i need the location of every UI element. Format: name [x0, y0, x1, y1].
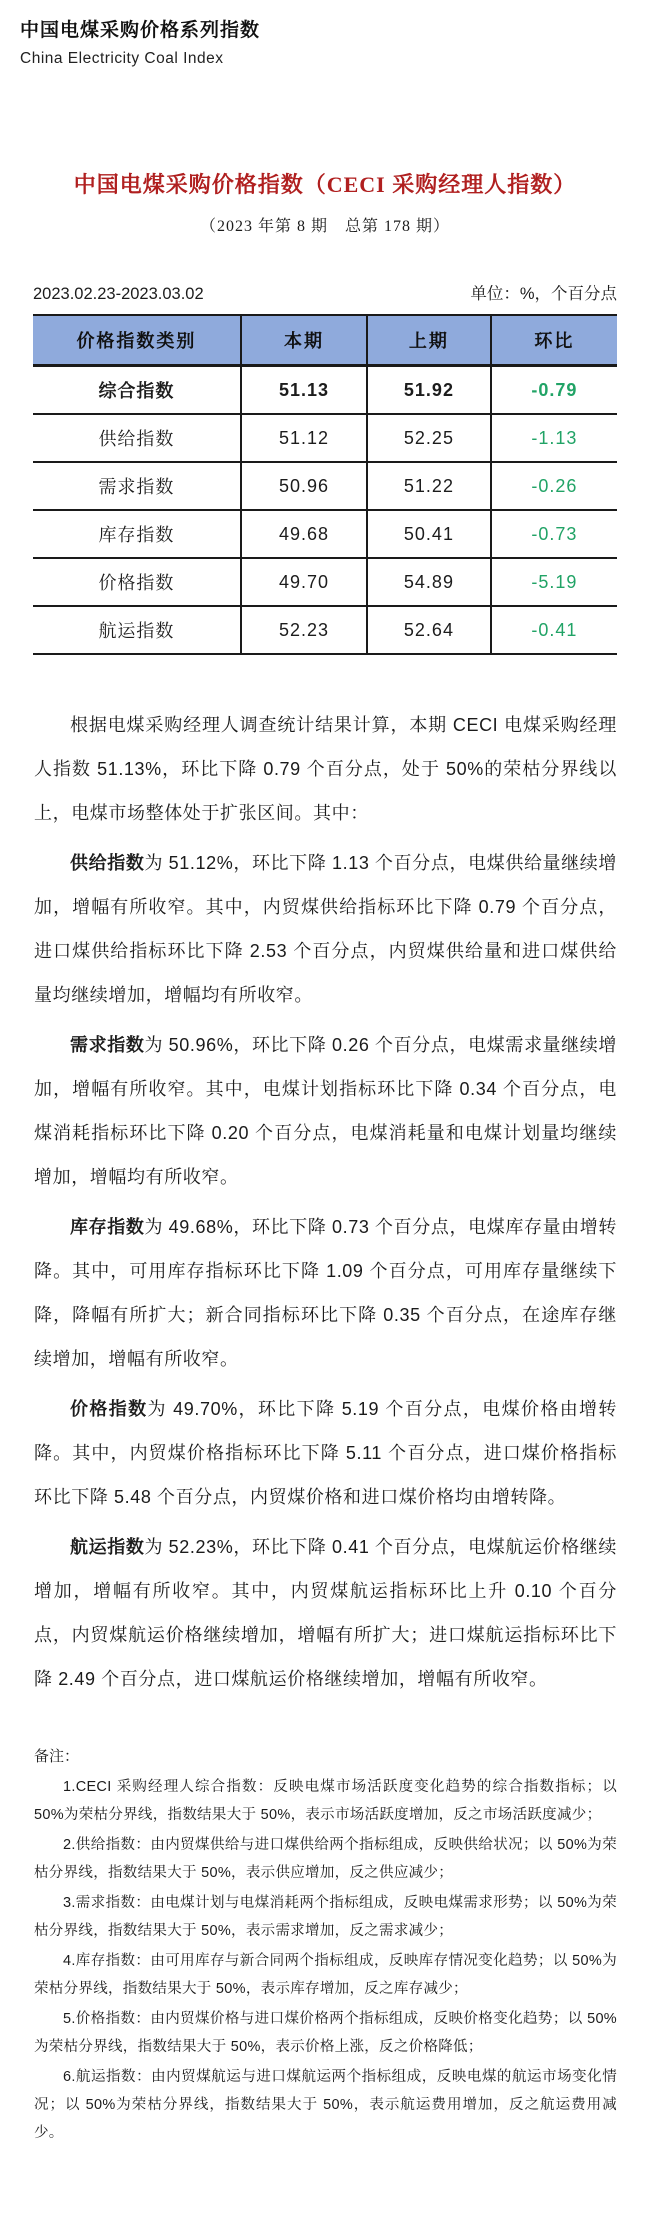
body-paragraph-inventory: 库存指数为 49.68%，环比下降 0.73 个百分点，电煤库存量由增转降。其中… [34, 1205, 617, 1381]
note-item-3: 3.需求指数：由电煤计划与电煤消耗两个指标组成，反映电煤需求形势；以 50%为荣… [34, 1889, 617, 1945]
cell-current: 49.68 [241, 510, 367, 558]
paragraph-lead: 供给指数 [70, 853, 144, 873]
meta-row: 2023.02.23-2023.03.02 单位：%，个百分点 [33, 280, 617, 304]
unit-label: 单位：%，个百分点 [470, 280, 617, 304]
cell-category: 供给指数 [33, 414, 241, 462]
cell-current: 51.13 [241, 366, 367, 415]
table-row-composite: 综合指数 51.13 51.92 -0.79 [33, 366, 617, 415]
paragraph-text: 根据电煤采购经理人调查统计结果计算，本期 CECI 电煤采购经理人指数 51.1… [34, 715, 617, 823]
cell-category: 库存指数 [33, 510, 241, 558]
paragraph-text: 为 50.96%，环比下降 0.26 个百分点，电煤需求量继续增加，增幅有所收窄… [34, 1035, 617, 1187]
body-paragraph-overview: 根据电煤采购经理人调查统计结果计算，本期 CECI 电煤采购经理人指数 51.1… [34, 703, 617, 835]
table-row-inventory: 库存指数 49.68 50.41 -0.73 [33, 510, 617, 558]
report-title: 中国电煤采购价格指数（CECI 采购经理人指数） [0, 168, 650, 199]
body-paragraph-demand: 需求指数为 50.96%，环比下降 0.26 个百分点，电煤需求量继续增加，增幅… [34, 1023, 617, 1199]
cell-previous: 51.92 [367, 366, 491, 415]
cell-change: -0.79 [491, 366, 617, 415]
cell-change: -0.73 [491, 510, 617, 558]
cell-previous: 52.64 [367, 606, 491, 654]
table-header-row: 价格指数类别 本期 上期 环比 [33, 315, 617, 366]
col-header-category: 价格指数类别 [33, 315, 241, 366]
body-paragraph-shipping: 航运指数为 52.23%，环比下降 0.41 个百分点，电煤航运价格继续增加，增… [34, 1525, 617, 1701]
paragraph-lead: 航运指数 [70, 1537, 144, 1557]
table-row-price: 价格指数 49.70 54.89 -5.19 [33, 558, 617, 606]
issue-line: （2023 年第 8 期 总第 178 期） [0, 213, 650, 236]
paragraph-lead: 库存指数 [70, 1217, 144, 1237]
paragraph-text: 为 51.12%，环比下降 1.13 个百分点，电煤供给量继续增加，增幅有所收窄… [34, 853, 617, 1005]
cell-change: -0.26 [491, 462, 617, 510]
cell-change: -1.13 [491, 414, 617, 462]
brand-title: 中国电煤采购价格系列指数 [20, 16, 650, 46]
paragraph-lead: 需求指数 [70, 1035, 144, 1055]
cell-previous: 54.89 [367, 558, 491, 606]
col-header-previous: 上期 [367, 315, 491, 366]
cell-change: -5.19 [491, 558, 617, 606]
paragraph-text: 为 49.68%，环比下降 0.73 个百分点，电煤库存量由增转降。其中，可用库… [34, 1217, 617, 1369]
note-item-1: 1.CECI 采购经理人综合指数：反映电煤市场活跃度变化趋势的综合指数指标；以 … [34, 1773, 617, 1829]
index-table: 价格指数类别 本期 上期 环比 综合指数 51.13 51.92 -0.79 供… [33, 314, 617, 655]
brand-subtitle: China Electricity Coal Index [20, 46, 650, 72]
note-item-6: 6.航运指数：由内贸煤航运与进口煤航运两个指标组成，反映电煤的航运市场变化情况；… [34, 2063, 617, 2147]
report-body: 根据电煤采购经理人调查统计结果计算，本期 CECI 电煤采购经理人指数 51.1… [34, 703, 617, 1701]
brand-header: 中国电煤采购价格系列指数 China Electricity Coal Inde… [0, 16, 650, 72]
date-range: 2023.02.23-2023.03.02 [33, 285, 204, 304]
table-row-supply: 供给指数 51.12 52.25 -1.13 [33, 414, 617, 462]
cell-change: -0.41 [491, 606, 617, 654]
cell-category: 价格指数 [33, 558, 241, 606]
notes-label: 备注： [34, 1743, 617, 1771]
cell-current: 49.70 [241, 558, 367, 606]
col-header-change: 环比 [491, 315, 617, 366]
cell-previous: 50.41 [367, 510, 491, 558]
cell-current: 50.96 [241, 462, 367, 510]
cell-previous: 51.22 [367, 462, 491, 510]
paragraph-lead: 价格指数 [70, 1399, 147, 1419]
cell-category: 航运指数 [33, 606, 241, 654]
paragraph-text: 为 52.23%，环比下降 0.41 个百分点，电煤航运价格继续增加，增幅有所收… [34, 1537, 617, 1689]
note-item-5: 5.价格指数：由内贸煤价格与进口煤价格两个指标组成，反映价格变化趋势；以 50%… [34, 2005, 617, 2061]
cell-current: 52.23 [241, 606, 367, 654]
cell-category: 需求指数 [33, 462, 241, 510]
table-row-shipping: 航运指数 52.23 52.64 -0.41 [33, 606, 617, 654]
table-row-demand: 需求指数 50.96 51.22 -0.26 [33, 462, 617, 510]
cell-previous: 52.25 [367, 414, 491, 462]
document-page: 中国电煤采购价格系列指数 China Electricity Coal Inde… [0, 0, 650, 2223]
col-header-current: 本期 [241, 315, 367, 366]
body-paragraph-supply: 供给指数为 51.12%，环比下降 1.13 个百分点，电煤供给量继续增加，增幅… [34, 841, 617, 1017]
note-item-4: 4.库存指数：由可用库存与新合同两个指标组成，反映库存情况变化趋势；以 50%为… [34, 1947, 617, 2003]
cell-current: 51.12 [241, 414, 367, 462]
body-paragraph-price: 价格指数为 49.70%，环比下降 5.19 个百分点，电煤价格由增转降。其中，… [34, 1387, 617, 1519]
note-item-2: 2.供给指数：由内贸煤供给与进口煤供给两个指标组成，反映供给状况；以 50%为荣… [34, 1831, 617, 1887]
cell-category: 综合指数 [33, 366, 241, 415]
notes-section: 备注： 1.CECI 采购经理人综合指数：反映电煤市场活跃度变化趋势的综合指数指… [34, 1743, 617, 2147]
